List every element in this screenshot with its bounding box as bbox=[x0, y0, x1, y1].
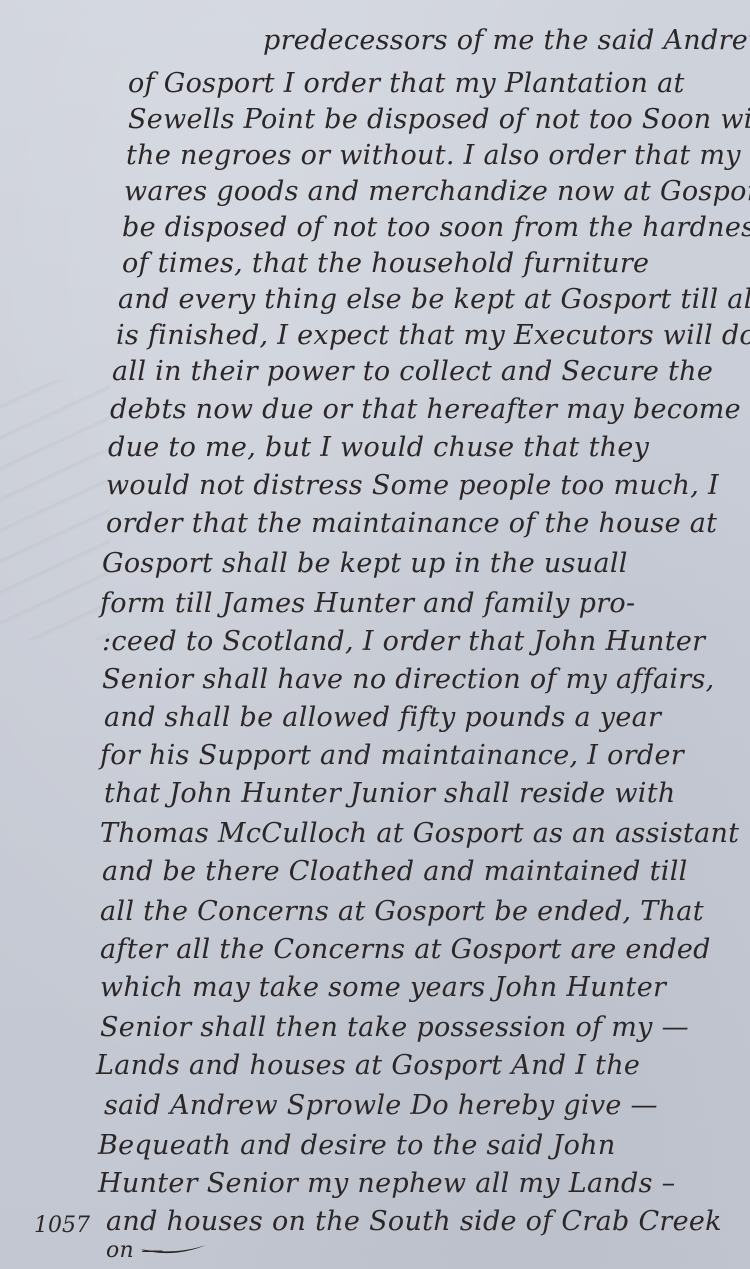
text-line: Sewells Point be disposed of not too Soo… bbox=[128, 104, 750, 135]
text-line: of Gosport I order that my Plantation at bbox=[128, 68, 685, 99]
text-line: and shall be allowed fifty pounds a year bbox=[104, 702, 661, 733]
text-line: Lands and houses at Gosport And I the bbox=[96, 1050, 640, 1081]
text-line: Hunter Senior my nephew all my Lands – bbox=[98, 1168, 675, 1199]
text-line: of times, that the household furniture bbox=[122, 248, 649, 279]
paper-bleed-through bbox=[0, 380, 110, 640]
text-line: Bequeath and desire to the said John bbox=[98, 1130, 616, 1161]
text-line: which may take some years John Hunter bbox=[100, 972, 666, 1003]
text-line: due to me, but I would chuse that they bbox=[108, 432, 649, 463]
ink-flourish-icon bbox=[138, 1241, 208, 1257]
text-line: all in their power to collect and Secure… bbox=[112, 356, 713, 387]
text-line: order that the maintainance of the house… bbox=[106, 508, 717, 539]
text-line: that John Hunter Junior shall reside wit… bbox=[104, 778, 676, 809]
text-line: after all the Concerns at Gosport are en… bbox=[100, 934, 711, 965]
text-line: Senior shall then take possession of my … bbox=[100, 1012, 689, 1043]
text-line: Thomas McCulloch at Gosport as an assist… bbox=[100, 818, 739, 849]
text-line: and houses on the South side of Crab Cre… bbox=[106, 1206, 722, 1237]
text-line: be disposed of not too soon from the har… bbox=[122, 212, 750, 243]
text-line: said Andrew Sprowle Do hereby give — bbox=[104, 1090, 658, 1121]
text-line: debts now due or that hereafter may beco… bbox=[110, 394, 741, 425]
manuscript-page: predecessors of me the said Andrew Sprow… bbox=[0, 0, 750, 1269]
text-line: for his Support and maintainance, I orde… bbox=[100, 740, 684, 771]
text-line: Senior shall have no direction of my aff… bbox=[102, 664, 715, 695]
text-line: :ceed to Scotland, I order that John Hun… bbox=[102, 626, 705, 657]
text-line: all the Concerns at Gosport be ended, Th… bbox=[100, 896, 704, 927]
text-line: is finished, I expect that my Executors … bbox=[116, 320, 750, 351]
text-line: and be there Cloathed and maintained til… bbox=[102, 856, 688, 887]
text-line: and every thing else be kept at Gosport … bbox=[118, 284, 750, 315]
text-line: wares goods and merchandize now at Gospo… bbox=[124, 176, 750, 207]
text-line: predecessors of me the said Andrew Sprow… bbox=[263, 25, 750, 56]
folio-number: 1057 bbox=[34, 1213, 90, 1238]
text-line: form till James Hunter and family pro- bbox=[100, 588, 635, 619]
text-line: would not distress Some people too much,… bbox=[106, 470, 719, 501]
text-line: Gosport shall be kept up in the usuall bbox=[102, 548, 628, 579]
text-line: the negroes or without. I also order tha… bbox=[126, 140, 741, 171]
